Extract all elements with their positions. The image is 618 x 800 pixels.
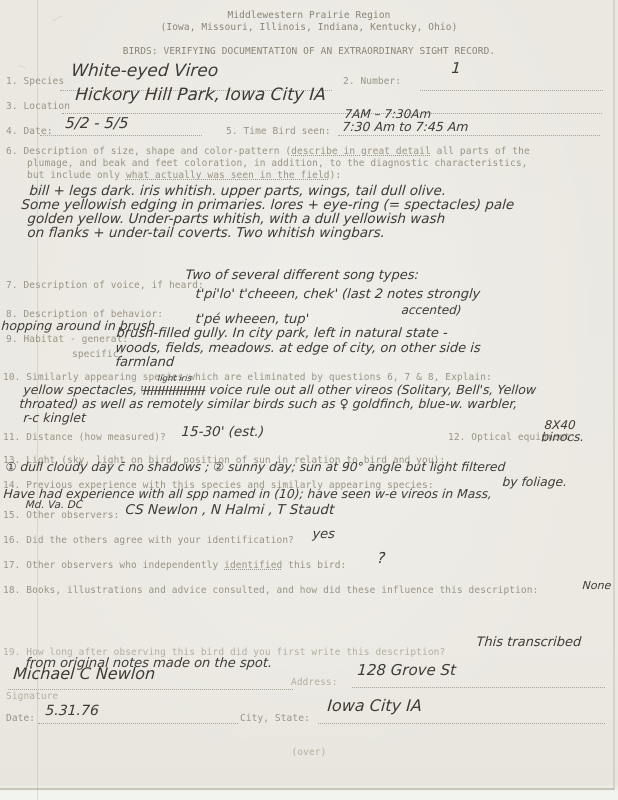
similar-species-value-line3: r-c kinglet (23, 410, 87, 425)
similar-species-value-line1: yellow spectacles, voice rule out all ot… (23, 382, 537, 397)
date-value: 5/2 - 5/5 (65, 114, 129, 132)
light-value-line2: by foliage. (502, 475, 567, 489)
number-label: 2. Number: (343, 76, 401, 87)
signature-date-line (38, 723, 238, 724)
signature-date-label: Date: (6, 713, 35, 724)
similar-species-value-line2: throated) as well as remotely similar bi… (19, 396, 518, 411)
description-label-1b: describe in great detail (291, 146, 431, 157)
books-value: None (582, 579, 612, 592)
time-value: 7:30 Am to 7:45 Am (342, 119, 469, 134)
over-label: (over) (0, 747, 618, 758)
species-value: White-eyed Vireo (71, 61, 219, 81)
form-title-region: Middlewestern Prairie Region (0, 10, 618, 21)
description-label-line2: plumage, and beak and feet coloration, i… (27, 158, 527, 169)
city-state-label: City, State: (240, 713, 310, 724)
voice-label: 7. Description of voice, if heard: (6, 280, 204, 291)
scribbled-out-word (141, 386, 206, 395)
habitat-specific-value-line1: woods, fields, meadows. at edge of city,… (115, 341, 481, 356)
agree-label: 16. Did the others agree with your ident… (3, 535, 294, 546)
voice-value-line2: t'pi'lo' t'cheeen, chek' (last 2 notes s… (195, 287, 481, 302)
number-line (420, 90, 603, 91)
similar-species-value-1b: voice rule out all other vireos (Solitar… (205, 382, 537, 397)
paper-right-edge (613, 0, 615, 790)
signature-label: Signature (6, 691, 58, 702)
voice-value-line1: Two of several different song types: (185, 268, 419, 283)
habitat-general-label: 9. Habitat - general: (6, 334, 128, 345)
pencil-mark (18, 65, 26, 69)
description-label-1a: 6. Description of size, shape and color-… (6, 146, 291, 157)
address-label: Address: (291, 677, 338, 688)
location-value: Hickory Hill Park, Iowa City IA (75, 85, 327, 105)
location-label: 3. Location (6, 101, 70, 112)
optical-equipment-value-line2: binocs. (541, 430, 585, 444)
species-label: 1. Species (6, 76, 64, 87)
time-label: 5. Time Bird seen: (226, 126, 331, 137)
description-label-line3: but include only what actually was seen … (27, 170, 341, 181)
form-title-states: (Iowa, Missouri, Illinois, Indiana, Kent… (0, 22, 618, 33)
description-label-3a: but include only (27, 170, 126, 181)
number-value: 1 (451, 59, 462, 77)
habitat-specific-value-line2: farmland (115, 355, 175, 370)
address-line (352, 687, 605, 688)
signature-date-value: 5.31.76 (45, 703, 100, 719)
description-label-1c: all parts of the (431, 146, 530, 157)
other-observers-value: CS Newlon , N Halmi , T Staudt (125, 502, 335, 518)
paper-bottom-edge (0, 788, 614, 790)
books-label: 18. Books, illustrations and advice cons… (3, 585, 538, 596)
description-label-line1: 6. Description of size, shape and color-… (6, 146, 530, 157)
habitat-general-value: brush-filled gully. In city park, left i… (116, 326, 448, 341)
description-value-line4: on flanks + under-tail coverts. Two whit… (27, 225, 386, 241)
description-label-3c: ): (330, 170, 342, 181)
signature-value: Michael C Newlon (13, 664, 156, 683)
signature-line (8, 689, 293, 690)
similar-species-value-1a: yellow spectacles, (23, 382, 142, 397)
independent-id-label-a: 17. Other observers who independently (3, 560, 224, 571)
independent-id-label-b: identified (224, 560, 282, 571)
form-title-main: BIRDS: VERIFYING DOCUMENTATION OF AN EXT… (0, 46, 618, 57)
agree-value: yes (312, 527, 336, 542)
time-line (338, 135, 600, 136)
address-value: 128 Grove St (357, 661, 457, 679)
location-line (62, 113, 602, 114)
distance-label: 11. Distance (how measured)? (3, 432, 166, 443)
independent-id-value: ? (377, 549, 386, 567)
city-state-line (318, 723, 605, 724)
date-line (40, 135, 202, 136)
light-value-line1: ① dull cloudy day c̄ no shadows ; ② sunn… (5, 460, 506, 474)
distance-value: 15-30' (est.) (181, 424, 265, 440)
independent-id-label: 17. Other observers who independently id… (3, 560, 346, 571)
independent-id-label-c: this bird: (282, 560, 346, 571)
howlong-value-line1: This transcribed (476, 635, 582, 650)
city-state-value: Iowa City IA (327, 696, 423, 715)
scanned-form-page: Middlewestern Prairie Region (Iowa, Miss… (0, 0, 618, 800)
voice-value-line2b: accented) (401, 303, 462, 317)
other-observers-label: 15. Other observers: (3, 510, 119, 521)
description-label-3b: what actually was seen in the field (126, 170, 330, 181)
voice-value-line3: t'pé wheeen, tup' (195, 312, 310, 327)
